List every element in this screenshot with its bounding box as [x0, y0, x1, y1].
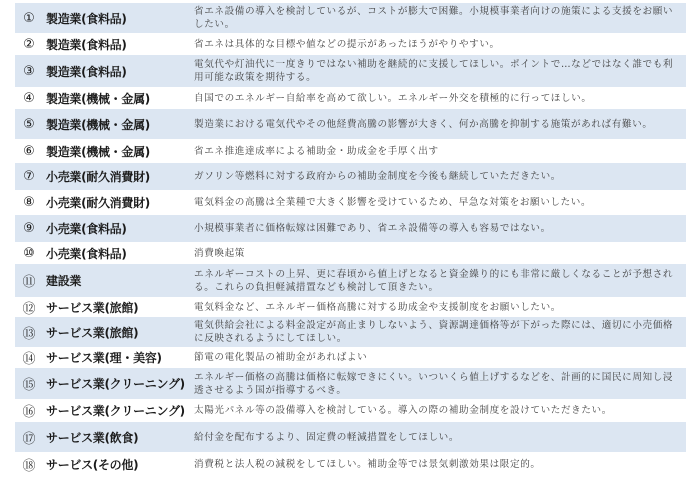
industry-category: 製造業(機械・金属)	[43, 116, 188, 133]
row-number: ⑱	[15, 455, 43, 474]
row-number: ⑮	[15, 374, 43, 393]
industry-category: サービス業(旅館)	[43, 299, 188, 316]
industry-category: サービス業(クリーニング)	[43, 402, 188, 419]
table-row: ③ 製造業(食料品) 電気代や灯油代に一度きりではない補助を継続的に支援してほし…	[15, 55, 686, 87]
table-row: ① 製造業(食料品) 省エネ設備の導入を検討しているが、コストが膨大で困難。小規…	[15, 3, 686, 33]
table-row: ⑤ 製造業(機械・金属) 製造業における電気代やその他経費高騰の影響が大きく、何…	[15, 109, 686, 139]
row-number: ⑪	[15, 271, 43, 290]
table-row: ⑫ サービス業(旅館) 電気料金など、エネルギー価格高騰に対する助成金や支援制度…	[15, 297, 686, 317]
table-row: ⑭ サービス業(理・美容) 節電の電化製品の補助金があればよい	[15, 347, 686, 368]
table-row: ② 製造業(食料品) 省エネは具体的な目標や値などの提示があったほうがやりやすい…	[15, 33, 686, 55]
industry-category: 小売業(耐久消費財)	[43, 168, 188, 185]
row-number: ⑨	[15, 221, 43, 236]
row-number: ⑯	[15, 401, 43, 420]
comment-text: 省エネ設備の導入を検討しているが、コストが膨大で困難。小規模事業者向けの施策によ…	[188, 5, 686, 31]
row-number: ⑤	[15, 117, 43, 132]
row-number: ⑫	[15, 298, 43, 317]
table-row: ⑧ 小売業(耐久消費財) 電気料金の高騰は全業種で大きく影響を受けているため、早…	[15, 190, 686, 215]
industry-category: 小売業(食料品)	[43, 220, 188, 237]
row-number: ⑧	[15, 195, 43, 210]
row-number: ③	[15, 64, 43, 79]
comment-text: 給付金を配布するより、固定費の軽減措置をしてほしい。	[188, 431, 686, 444]
comment-text: 消費喚起策	[188, 247, 686, 260]
industry-category: サービス業(理・美容)	[43, 349, 188, 366]
table-row: ⑱ サービス(その他) 消費税と法人税の減税をしてほしい。補助金等では景気刺激効…	[15, 452, 686, 477]
comment-text: 電気代や灯油代に一度きりではない補助を継続的に支援してほしい。ポイントで…などで…	[188, 58, 686, 84]
table-row: ⑨ 小売業(食料品) 小規模事業者に価格転嫁は困難であり、省エネ設備等の導入も容…	[15, 215, 686, 242]
table-row: ⑯ サービス業(クリーニング) 太陽光パネル等の設備導入を検討している。導入の際…	[15, 399, 686, 422]
industry-category: サービス(その他)	[43, 456, 188, 473]
table-row: ⑥ 製造業(機械・金属) 省エネ推進達成率による補助金・助成金を手厚く出す	[15, 139, 686, 163]
table-row: ⑰ サービス業(飲食) 給付金を配布するより、固定費の軽減措置をしてほしい。	[15, 422, 686, 452]
industry-category: 製造業(機械・金属)	[43, 90, 188, 107]
industry-category: 小売業(耐久消費財)	[43, 194, 188, 211]
comment-text: 節電の電化製品の補助金があればよい	[188, 351, 686, 364]
row-number: ⑰	[15, 428, 43, 447]
comment-text: エネルギーコストの上昇、更に春頃から値上げとなると資金繰り的にも非常に厳しくなる…	[188, 268, 686, 294]
industry-category: サービス業(クリーニング)	[43, 375, 188, 392]
industry-category: 建設業	[43, 272, 188, 289]
comment-text: 小規模事業者に価格転嫁は困難であり、省エネ設備等の導入も容易ではない。	[188, 222, 686, 235]
comment-text: 自国でのエネルギー自給率を高めて欲しい。エネルギー外交を積極的に行ってほしい。	[188, 92, 686, 105]
comment-text: エネルギー価格の高騰は価格に転嫁できにくい。いついくら値上げするなどを、計画的に…	[188, 371, 686, 397]
industry-category: サービス業(旅館)	[43, 324, 188, 341]
comment-text: 太陽光パネル等の設備導入を検討している。導入の際の補助金制度を設けていただきたい…	[188, 404, 686, 417]
industry-category: 小売業(食料品)	[43, 245, 188, 262]
comment-text: 消費税と法人税の減税をしてほしい。補助金等では景気刺激効果は限定的。	[188, 458, 686, 471]
table-row: ⑦ 小売業(耐久消費財) ガソリン等燃料に対する政府からの補助金制度を今後も継続…	[15, 163, 686, 190]
row-number: ⑩	[15, 246, 43, 261]
comment-text: 電気料金の高騰は全業種で大きく影響を受けているため、早急な対策をお願いしたい。	[188, 196, 686, 209]
industry-category: サービス業(飲食)	[43, 429, 188, 446]
row-number: ②	[15, 37, 43, 52]
comment-text: 電気料金など、エネルギー価格高騰に対する助成金や支援制度をお願いしたい。	[188, 301, 686, 314]
comment-text: 製造業における電気代やその他経費高騰の影響が大きく、何か高騰を抑制する施策があれ…	[188, 118, 686, 131]
industry-category: 製造業(食料品)	[43, 10, 188, 27]
row-number: ⑭	[15, 348, 43, 367]
row-number: ⑥	[15, 144, 43, 159]
industry-category: 製造業(機械・金属)	[43, 143, 188, 160]
industry-category: 製造業(食料品)	[43, 36, 188, 53]
table-row: ④ 製造業(機械・金属) 自国でのエネルギー自給率を高めて欲しい。エネルギー外交…	[15, 87, 686, 109]
table-row: ⑩ 小売業(食料品) 消費喚起策	[15, 242, 686, 264]
table-row: ⑪ 建設業 エネルギーコストの上昇、更に春頃から値上げとなると資金繰り的にも非常…	[15, 264, 686, 297]
opinions-table: ① 製造業(食料品) 省エネ設備の導入を検討しているが、コストが膨大で困難。小規…	[15, 3, 686, 477]
row-number: ⑬	[15, 323, 43, 342]
table-row: ⑮ サービス業(クリーニング) エネルギー価格の高騰は価格に転嫁できにくい。いつ…	[15, 368, 686, 399]
comment-text: 省エネは具体的な目標や値などの提示があったほうがやりやすい。	[188, 38, 686, 51]
row-number: ⑦	[15, 169, 43, 184]
comment-text: 省エネ推進達成率による補助金・助成金を手厚く出す	[188, 145, 686, 158]
comment-text: 電気供給会社による料金設定が高止まりしないよう、資源調達価格等が下がった際には、…	[188, 319, 686, 345]
industry-category: 製造業(食料品)	[43, 63, 188, 80]
comment-text: ガソリン等燃料に対する政府からの補助金制度を今後も継続していただきたい。	[188, 170, 686, 183]
row-number: ④	[15, 91, 43, 106]
table-row: ⑬ サービス業(旅館) 電気供給会社による料金設定が高止まりしないよう、資源調達…	[15, 317, 686, 347]
row-number: ①	[15, 11, 43, 26]
